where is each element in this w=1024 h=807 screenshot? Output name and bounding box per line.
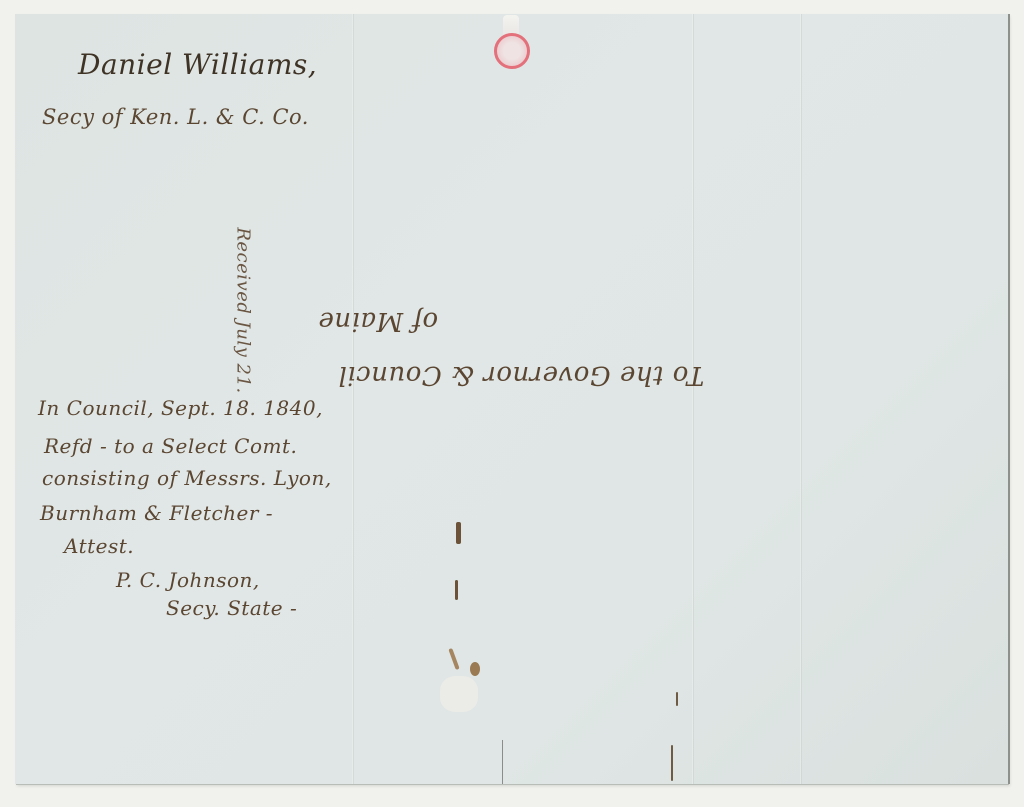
council-line: In Council, Sept. 18. 1840,: [38, 396, 323, 420]
address-line: To the Governor & Council: [338, 360, 704, 390]
ink-mark: [456, 522, 461, 544]
ink-mark: [455, 580, 458, 600]
council-signature: P. C. Johnson,: [116, 568, 260, 592]
paper-tear: [502, 740, 503, 784]
received-note: Received July 21.: [233, 227, 254, 393]
council-line: Refd - to a Select Comt.: [44, 434, 297, 458]
council-line: consisting of Messrs. Lyon,: [42, 466, 332, 490]
fold-line: [352, 14, 354, 784]
docket-name: Daniel Williams,: [78, 48, 317, 81]
docket-title: Secy of Ken. L. & C. Co.: [42, 105, 309, 129]
ink-mark: [671, 745, 673, 781]
fold-line: [692, 14, 694, 784]
address-line: of Maine: [318, 306, 438, 336]
council-signature-title: Secy. State -: [166, 596, 297, 620]
paper-damage: [440, 676, 478, 712]
council-line: Burnham & Fletcher -: [40, 501, 273, 525]
ink-mark: [470, 662, 480, 676]
fold-line: [800, 14, 802, 784]
ink-mark: [676, 692, 678, 706]
council-line: Attest.: [64, 534, 134, 558]
wax-seal-icon: [494, 33, 530, 69]
